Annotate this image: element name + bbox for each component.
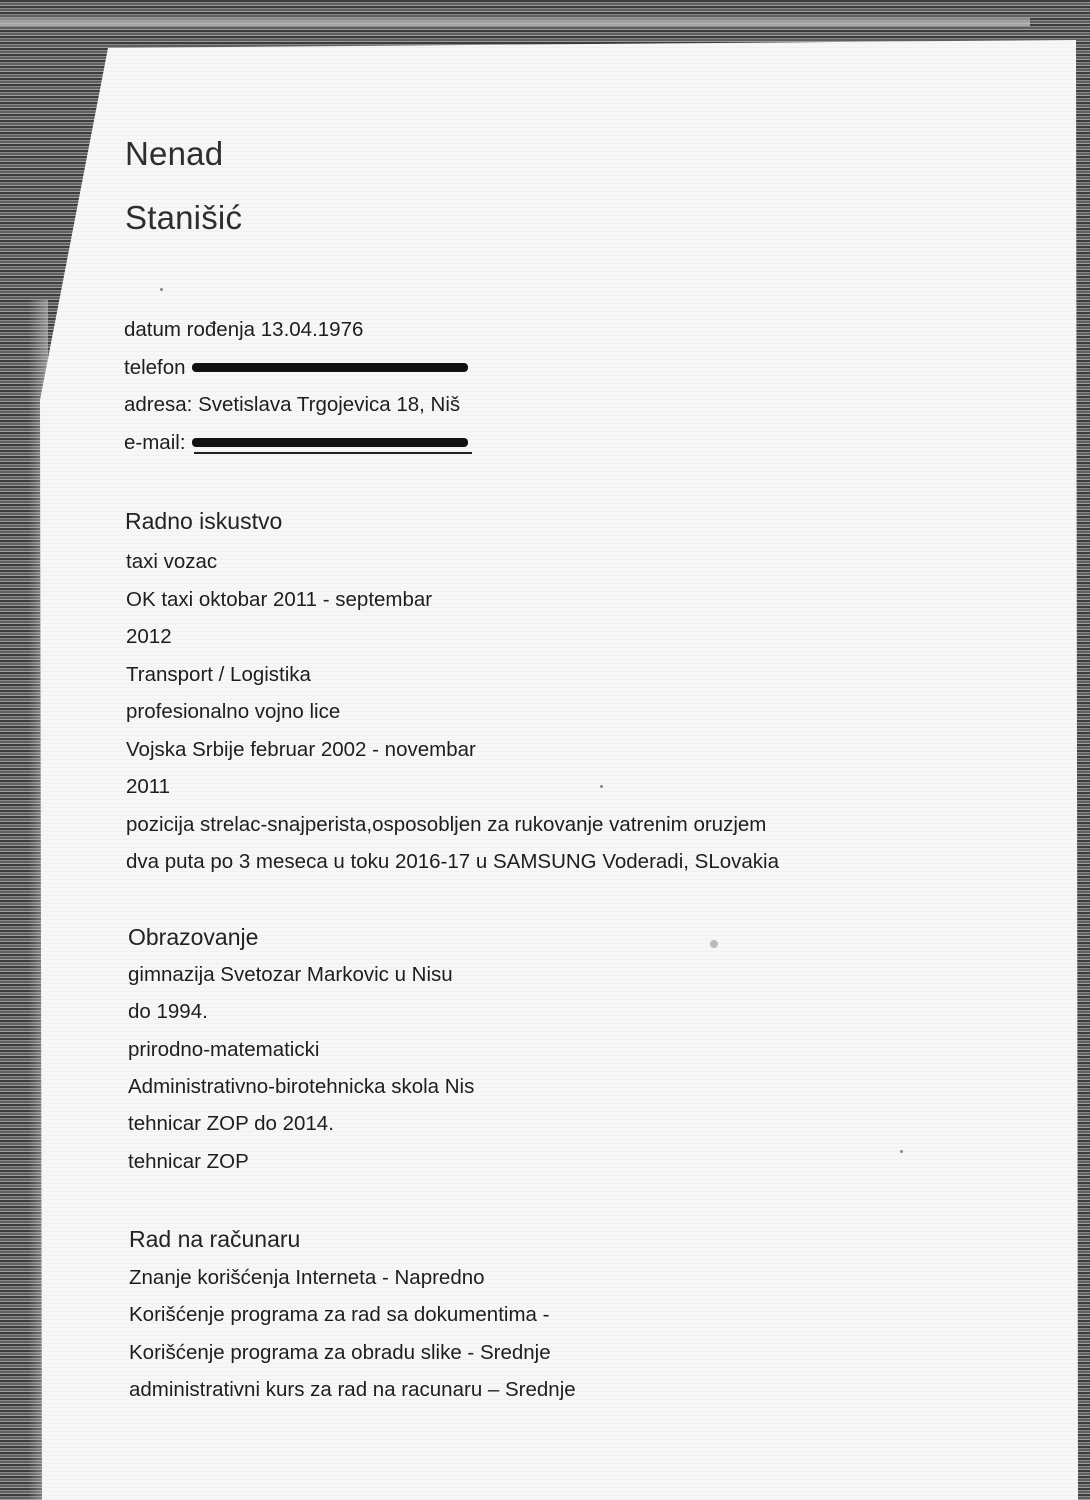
- birth-date-row: datum rođenja 13.04.1976: [124, 318, 363, 342]
- computer-line: administrativni kurs za rad na racunaru …: [129, 1378, 576, 1402]
- work-line: Vojska Srbije februar 2002 - novembar: [126, 738, 476, 762]
- work-line: 2011: [126, 775, 170, 799]
- phone-row: telefon: [124, 356, 468, 380]
- section-heading-computer: Rad na računaru: [129, 1226, 300, 1253]
- email-label: e-mail:: [124, 431, 186, 454]
- work-line: profesionalno vojno lice: [126, 700, 340, 724]
- work-line: pozicija strelac-snajperista,osposobljen…: [126, 813, 766, 837]
- education-line: Administrativno-birotehnicka skola Nis: [128, 1075, 474, 1099]
- education-line: prirodno-matematicki: [128, 1038, 319, 1062]
- education-line: do 1994.: [128, 1000, 208, 1024]
- email-underline: [194, 452, 472, 454]
- computer-line: Korišćenje programa za obradu slike - Sr…: [129, 1341, 551, 1365]
- address-row: adresa: Svetislava Trgojevica 18, Niš: [124, 393, 460, 417]
- work-line: dva puta po 3 meseca u toku 2016-17 u SA…: [126, 850, 779, 874]
- birth-date-value: 13.04.1976: [261, 318, 364, 341]
- computer-line: Korišćenje programa za rad sa dokumentim…: [129, 1303, 549, 1327]
- last-name: Stanišić: [125, 199, 242, 237]
- scan-speck: [600, 785, 603, 788]
- education-line: tehnicar ZOP: [128, 1150, 249, 1174]
- phone-label: telefon: [124, 356, 186, 379]
- work-line: OK taxi oktobar 2011 - septembar: [126, 588, 432, 612]
- scan-speck: [710, 940, 718, 948]
- address-value: Svetislava Trgojevica 18, Niš: [198, 393, 460, 416]
- cv-document: Nenad Stanišić datum rođenja 13.04.1976 …: [0, 0, 1090, 1500]
- education-line: tehnicar ZOP do 2014.: [128, 1112, 334, 1136]
- work-line: 2012: [126, 625, 172, 649]
- first-name: Nenad: [125, 135, 223, 173]
- work-line: taxi vozac: [126, 550, 217, 574]
- education-line: gimnazija Svetozar Markovic u Nisu: [128, 963, 453, 987]
- phone-redaction-bar: [192, 363, 468, 372]
- work-line: Transport / Logistika: [126, 663, 311, 687]
- birth-date-label: datum rođenja: [124, 318, 255, 341]
- section-heading-education: Obrazovanje: [128, 924, 258, 951]
- computer-line: Znanje korišćenja Interneta - Napredno: [129, 1266, 485, 1290]
- address-label: adresa:: [124, 393, 192, 416]
- scan-speck: [160, 288, 163, 291]
- email-redaction-bar: [192, 438, 468, 447]
- scan-speck: [900, 1150, 903, 1153]
- section-heading-work: Radno iskustvo: [125, 508, 282, 535]
